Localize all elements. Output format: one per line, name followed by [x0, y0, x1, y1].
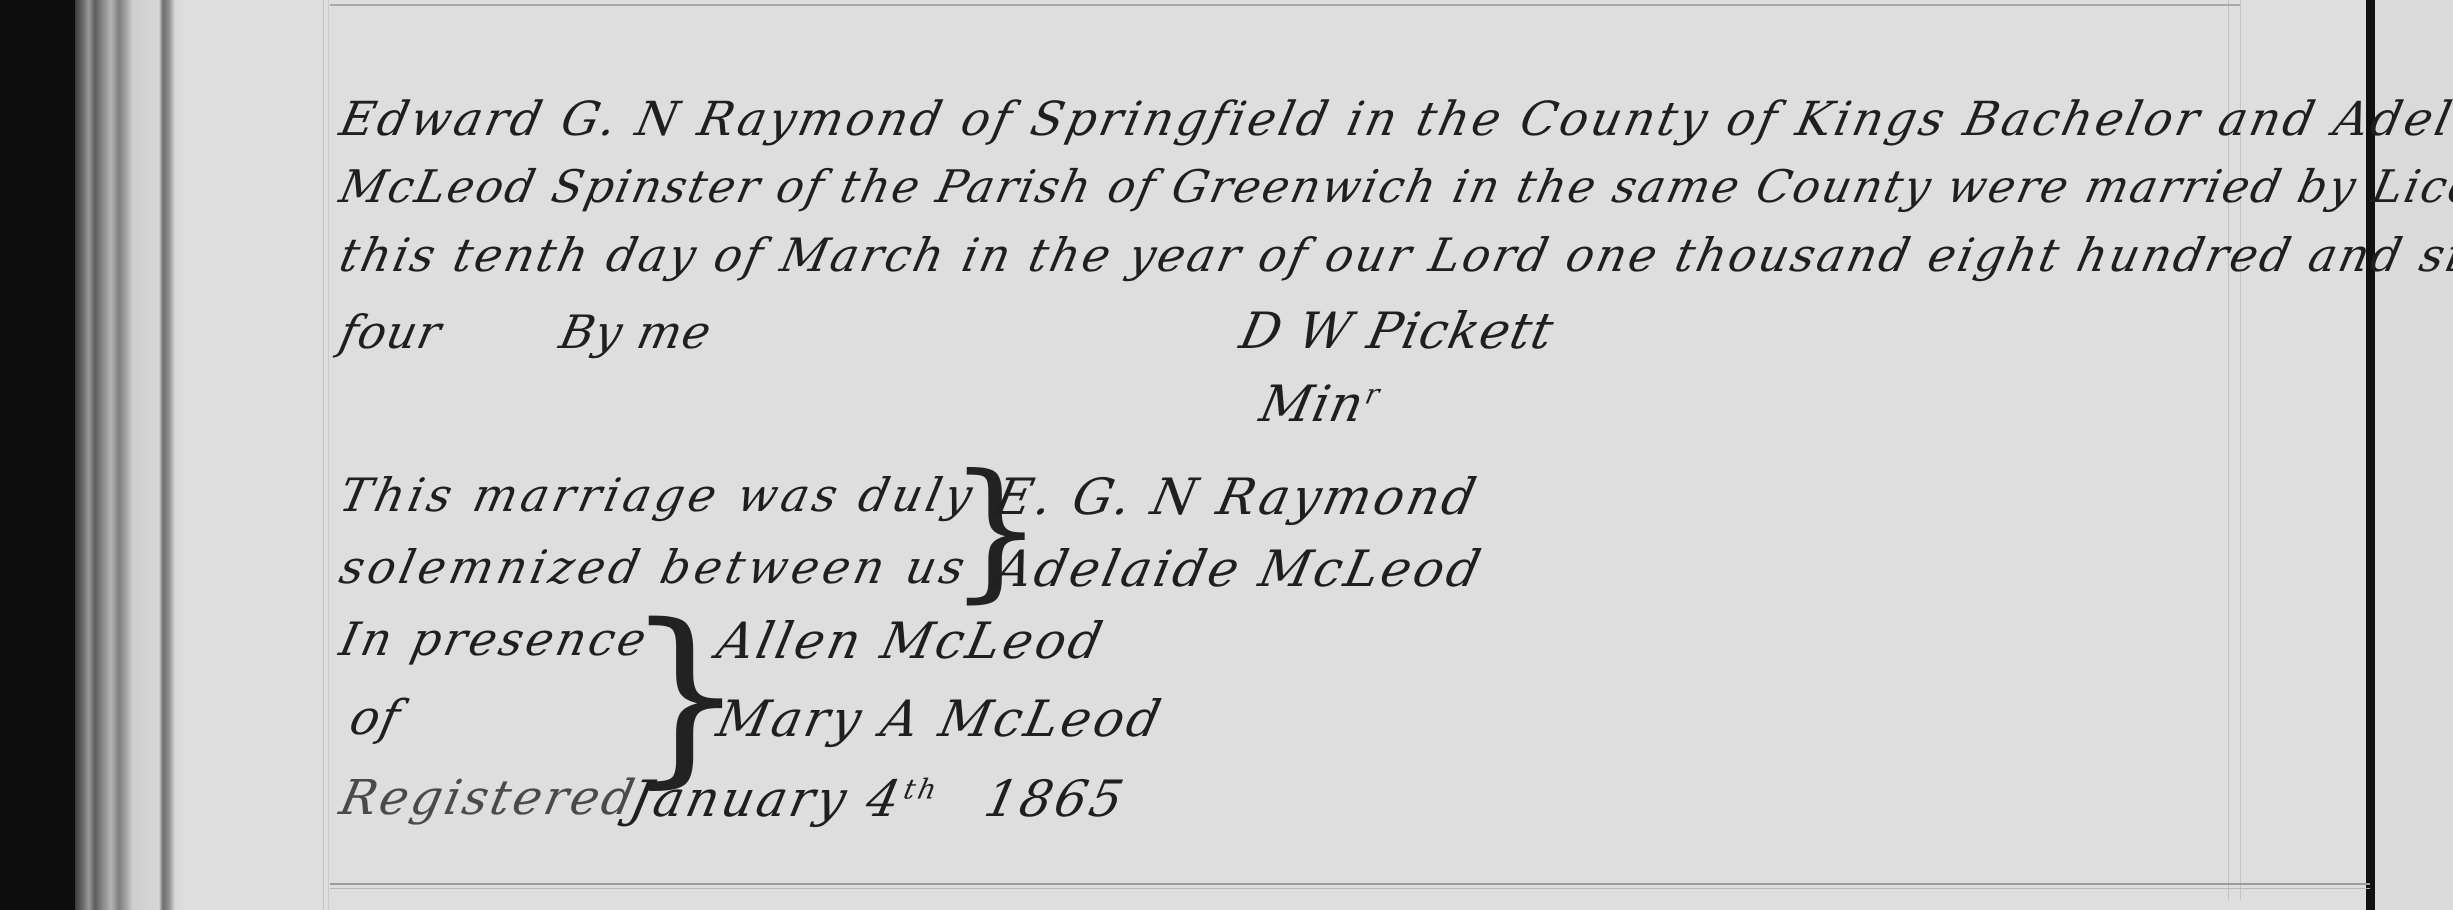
- registered-month-day: January 4: [625, 770, 908, 828]
- officiant-title-wrap: Minr: [1255, 375, 1384, 433]
- registered-date: January 4th 1865: [625, 770, 1131, 828]
- witness-1-signature: Allen McLeod: [712, 612, 1110, 670]
- registered-label: Registered: [335, 770, 642, 826]
- officiant-name: D W Pickett: [1235, 302, 1559, 360]
- witness-2-signature: Mary A McLeod: [712, 690, 1168, 748]
- bride-signature: Adelaide McLeod: [990, 540, 1488, 598]
- by-me-label: By me: [555, 305, 717, 359]
- entry-line-2: McLeod Spinster of the Parish of Greenwi…: [335, 160, 2453, 213]
- groom-signature: E. G. N Raymond: [990, 468, 1484, 526]
- top-rule: [330, 4, 2240, 6]
- book-binding: [0, 0, 75, 910]
- entry-line-4: four: [335, 305, 447, 359]
- bottom-rule: [330, 883, 2370, 885]
- officiant-title: Min: [1255, 375, 1370, 433]
- witness-label-1: In presence: [335, 612, 654, 666]
- page-edges: [75, 0, 185, 910]
- left-margin-line-2: [328, 0, 329, 910]
- registered-day-sup: th: [901, 773, 943, 805]
- bottom-rule-2: [330, 888, 2370, 889]
- entry-line-3: this tenth day of March in the year of o…: [335, 228, 2453, 282]
- registered-year: 1865: [980, 770, 1132, 828]
- entry-line-1: Edward G. N Raymond of Springfield in th…: [335, 92, 2453, 147]
- left-margin-line: [323, 0, 324, 910]
- solemnized-label-1: This marriage was duly: [335, 468, 981, 522]
